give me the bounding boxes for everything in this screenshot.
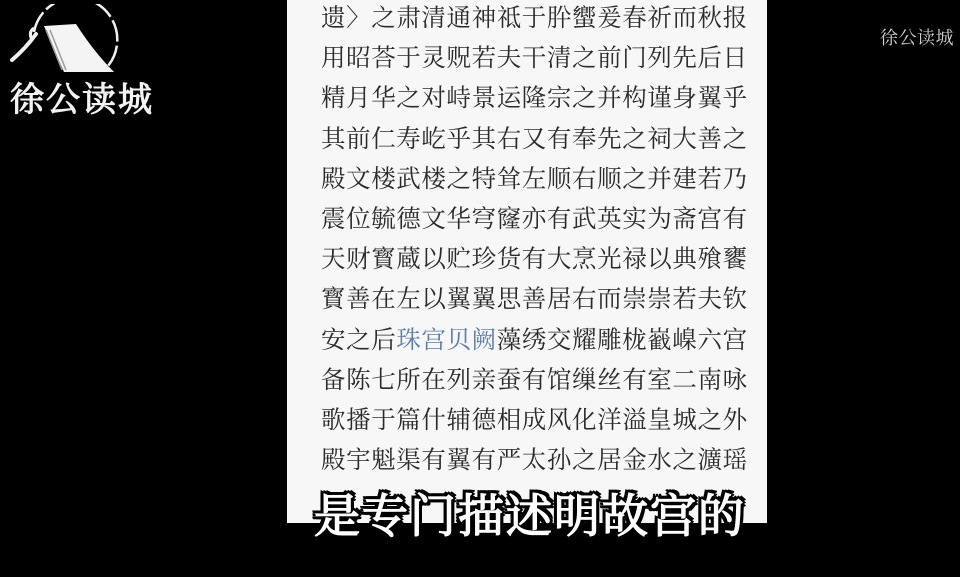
logo-text: 徐公读城	[10, 72, 154, 121]
text-segment: 精月华之对峙景运隆宗之并构谨身翼乎	[321, 83, 748, 112]
wiki-link-zhugong-beique[interactable]: 珠宫贝阙	[396, 325, 496, 354]
text-line: 震位毓德文华穹窿亦有武英实为斋宫有	[321, 198, 761, 239]
text-line: 安之后珠宫贝阙藻绣交耀雕栊巀嵲六宫	[321, 319, 761, 360]
text-line: 用昭荅于灵贶若夫干清之前门列先后日	[321, 37, 761, 78]
text-line: 殿文楼武楼之特耸左顺右顺之并建若乃	[321, 158, 761, 199]
text-line: 寳善在左以翼翼思善居右而崇崇若夫钦	[321, 278, 761, 319]
document-text: 遗〉之肃清通神祗于肸蠁爰春祈而秋报 用昭荅于灵贶若夫干清之前门列先后日 精月华之…	[321, 0, 761, 480]
text-segment: 安之后	[321, 325, 396, 354]
text-line: 备陈七所在列亲蚕有馆缫丝有室二南咏	[321, 359, 761, 400]
channel-watermark: 徐公读城	[880, 24, 954, 50]
video-frame: 徐公读城 徐公读城 遗〉之肃清通神祗于肸蠁爰春祈而秋报 用昭荅于灵贶若夫干清之前…	[0, 0, 960, 577]
text-line: 精月华之对峙景运隆宗之并构谨身翼乎	[321, 77, 761, 118]
text-line: 其前仁寿屹乎其右又有奉先之祠大善之	[321, 118, 761, 159]
text-segment: 遗〉之肃清通神祗于肸蠁爰春祈而秋报	[321, 3, 748, 32]
text-segment: 备陈七所在列亲蚕有馆缫丝有室二南咏	[321, 365, 748, 394]
text-segment: 天财寳蔵以贮珍货有大烹光禄以典飱饔	[321, 244, 748, 273]
text-segment: 震位毓德文华穹窿亦有武英实为斋宫有	[321, 204, 748, 233]
text-line: 殿宇魁渠有翼有严太孙之居金水之瀇瑶	[321, 439, 761, 480]
text-segment: 藻绣交耀雕栊巀嵲六宫	[497, 325, 748, 354]
video-subtitle: 是专门描述明故宫的	[0, 480, 960, 546]
text-segment: 殿宇魁渠有翼有严太孙之居金水之瀇瑶	[321, 445, 748, 474]
text-segment: 殿文楼武楼之特耸左顺右顺之并建若乃	[321, 164, 748, 193]
text-segment: 其前仁寿屹乎其右又有奉先之祠大善之	[321, 124, 748, 153]
text-segment: 歌播于篇什辅德相成风化洋溢皇城之外	[321, 405, 748, 434]
text-line: 天财寳蔵以贮珍货有大烹光禄以典飱饔	[321, 238, 761, 279]
text-line: 歌播于篇什辅德相成风化洋溢皇城之外	[321, 399, 761, 440]
text-segment: 用昭荅于灵贶若夫干清之前门列先后日	[321, 43, 748, 72]
text-segment: 寳善在左以翼翼思善居右而崇崇若夫钦	[321, 284, 748, 313]
text-line: 遗〉之肃清通神祗于肸蠁爰春祈而秋报	[321, 0, 761, 38]
channel-logo: 徐公读城	[4, 4, 184, 114]
document-panel: 遗〉之肃清通神祗于肸蠁爰春祈而秋报 用昭荅于灵贶若夫干清之前门列先后日 精月华之…	[287, 0, 767, 523]
